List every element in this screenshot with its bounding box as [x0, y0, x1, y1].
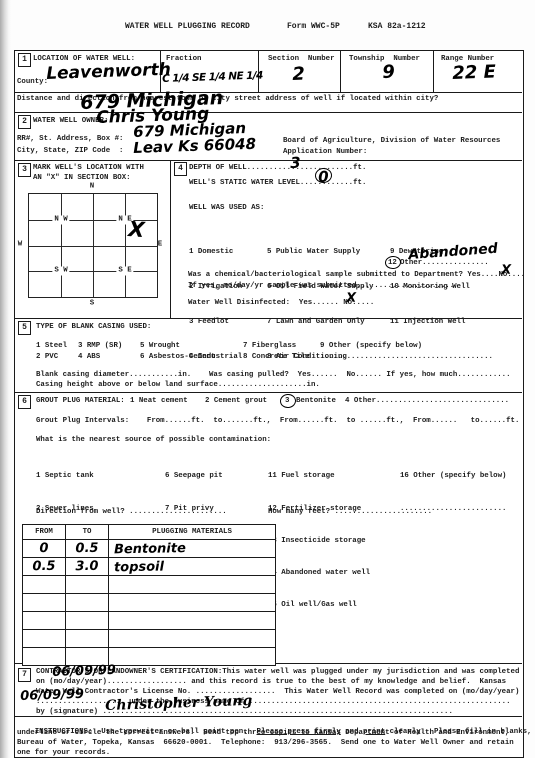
casing-option: 7 Fiberglass: [243, 342, 296, 351]
well-location-x-mark: X: [128, 219, 146, 241]
depth-of-well-label: DEPTH OF WELL........................ft.: [189, 164, 366, 173]
contamination-option: 1 Septic tank: [36, 471, 142, 482]
section3-title-line1: MARK WELL'S LOCATION WITH: [33, 164, 144, 173]
direction-from-well-label: Direction from well? ...................…: [36, 508, 227, 517]
use-option: 3 Feedlot: [189, 317, 242, 329]
contamination-option: 15 Oil well/Gas well: [268, 600, 370, 611]
disinfected-no-x-mark: X: [346, 292, 356, 305]
section3-title-line2: AN "X" IN SECTION BOX:: [33, 174, 131, 183]
to-cell: [66, 576, 109, 594]
section5-title: TYPE OF BLANK CASING USED:: [36, 323, 151, 332]
casing-option: 6 Asbestos-Cement: [140, 353, 215, 362]
from-cell: [23, 576, 66, 594]
to-cell: [66, 630, 109, 648]
use-option: 5 Public Water Supply: [267, 247, 373, 259]
use-option: 7 Lawn and Garden Only: [267, 317, 373, 329]
instructions-line4: one for your records.: [17, 749, 110, 758]
s1-col-divider: [340, 50, 341, 92]
to-cell: 0.5: [66, 540, 109, 558]
date-plugged-value: 06/09/99: [52, 664, 116, 679]
use-option: 1 Domestic: [189, 247, 242, 259]
city-state-zip-label: City, State, ZIP Code :: [17, 147, 123, 156]
certification-line3: Water Well Contractor's License No. ....…: [36, 688, 519, 697]
table-row-empty: [23, 594, 276, 612]
quadrant-nw-label: N W: [52, 215, 69, 224]
casing-option: 9 Other (specify below): [320, 342, 422, 351]
material-cell: Bentonite: [109, 540, 276, 558]
table-row-empty: [23, 648, 276, 666]
casing-option: 4 ABS: [78, 353, 100, 362]
material-cell: [109, 630, 276, 648]
section7-number: 7: [18, 668, 31, 682]
s3-s4-divider: [170, 160, 171, 318]
compass-south-label: S: [90, 300, 94, 309]
casing-option: 2 PVC: [36, 353, 58, 362]
casing-option: 3 RMP (SR): [78, 342, 122, 351]
agency-label: Board of Agriculture, Division of Water …: [283, 137, 500, 146]
casing-diameter-line: Blank casing diameter...........in. Was …: [36, 371, 511, 380]
address-label: RR#, St. Address, Box #:: [17, 135, 123, 144]
city-state-zip-value: Leav Ks 66048: [133, 137, 256, 156]
quadrant-sw-label: S W: [52, 267, 69, 276]
divider-s2-s3: [14, 160, 522, 161]
section5-number: 5: [18, 321, 31, 335]
sample-date-line: If yes, mo/day/yr sample was submitted..…: [188, 282, 454, 291]
instructions-line3: Bureau of Water, Topeka, Kansas 66620-00…: [17, 739, 514, 748]
grid-line: [29, 271, 157, 272]
table-header-row: FROM TO PLUGGING MATERIALS: [23, 525, 276, 540]
form-number: Form WWC-5P: [287, 22, 340, 31]
to-header: TO: [66, 525, 109, 540]
scan-edge-shadow: [0, 0, 11, 758]
grout-intervals-line: Grout Plug Intervals: From......ft. to..…: [36, 417, 519, 426]
section1-number: 1: [18, 53, 31, 67]
material-cell: topsoil: [109, 558, 276, 576]
s1-col-divider: [433, 50, 434, 92]
table-row-empty: [23, 576, 276, 594]
casing-option: 5 Wrought: [140, 342, 180, 351]
table-row-empty: [23, 612, 276, 630]
contamination-option: 11 Fuel storage: [268, 471, 370, 482]
contamination-option: 14 Abandoned water well: [268, 568, 370, 579]
material-cell: [109, 594, 276, 612]
contamination-option: 6 Seepage pit: [165, 471, 240, 482]
range-number-value: 22 E: [452, 63, 496, 83]
table-row-empty: [23, 630, 276, 648]
section-number-value: 2: [292, 66, 305, 84]
compass-north-label: N: [90, 183, 94, 192]
to-cell: [66, 594, 109, 612]
to-cell: 3.0: [66, 558, 109, 576]
from-header: FROM: [23, 525, 66, 540]
section4-number: 4: [174, 162, 187, 176]
depth-of-well-value: 3: [290, 156, 301, 171]
well-used-as-label: WELL WAS USED AS:: [189, 204, 264, 213]
contamination-option: 16 Other (specify below): [400, 471, 506, 482]
quadrant-se-label: S E: [116, 267, 133, 276]
statute-number: KSA 82a-1212: [368, 22, 426, 31]
grid-line: [29, 246, 157, 247]
table-row: 0 0.5 Bentonite: [23, 540, 276, 558]
static-water-level-label: WELL'S STATIC WATER LEVEL............ft.: [189, 179, 366, 188]
fraction-label: Fraction: [166, 55, 201, 64]
date-completed-value: 06/09/99: [20, 688, 84, 703]
plugging-materials-header: PLUGGING MATERIALS: [109, 525, 276, 540]
from-cell: [23, 648, 66, 666]
certification-line2: on (mo/day/year).................. and t…: [36, 678, 506, 687]
instructions-line2: underline or circle the correct answers.…: [17, 729, 509, 738]
material-cell: [109, 612, 276, 630]
to-cell: [66, 612, 109, 630]
county-field-value: Leavenworth: [46, 62, 171, 83]
grout-option-2: 2 Cement grout: [205, 397, 267, 406]
casing-option: 1 Steel: [36, 342, 67, 351]
section3-number: 3: [18, 163, 31, 177]
certification-line5: by (signature) .........................…: [36, 708, 453, 717]
casing-other-dots: .......................................: [320, 353, 493, 362]
grout-option-1: 1 Neat cement: [130, 397, 188, 406]
sample-no-x-mark: X: [501, 264, 511, 277]
section2-number: 2: [18, 115, 31, 129]
county-label: County:: [17, 78, 48, 87]
contamination-list-col4: 16 Other (specify below) ...............…: [400, 450, 506, 536]
table-row: 0.5 3.0 topsoil: [23, 558, 276, 576]
water-well-plugging-record-form: WATER WELL PLUGGING RECORD Form WWC-5P K…: [0, 0, 535, 758]
township-number-value: 9: [382, 64, 395, 82]
from-cell: 0.5: [23, 558, 66, 576]
contamination-question: What is the nearest source of possible c…: [36, 436, 271, 445]
how-many-feet-label: How many feet? ......................: [268, 508, 432, 517]
page-title: WATER WELL PLUGGING RECORD: [125, 22, 250, 31]
grout-option-3-label: Bentonite: [296, 397, 336, 406]
grout-option-4: 4 Other..............................: [345, 397, 509, 406]
section-location-grid: N W N E S W S E X: [28, 193, 158, 298]
from-cell: 0: [23, 540, 66, 558]
casing-option: 8 Concrete Tile: [243, 353, 310, 362]
casing-height-line: Casing height above or below land surfac…: [36, 381, 320, 390]
section6-number: 6: [18, 395, 31, 409]
material-cell: [109, 648, 276, 666]
sample-submitted-question: Was a chemical/bacteriological sample su…: [188, 271, 525, 280]
divider-s5-s6: [14, 392, 522, 393]
plugging-intervals-table: FROM TO PLUGGING MATERIALS 0 0.5 Bentoni…: [22, 524, 276, 666]
contamination-list-col3: 11 Fuel storage 12 Fertilizer storage 13…: [268, 450, 370, 632]
from-cell: [23, 594, 66, 612]
section6-title: GROUT PLUG MATERIAL:: [36, 397, 125, 406]
compass-west-label: W: [18, 241, 22, 250]
material-cell: [109, 576, 276, 594]
from-cell: [23, 612, 66, 630]
use-option: 11 Injection Well: [390, 317, 470, 329]
contamination-option: 13 Insecticide storage: [268, 536, 370, 547]
compass-east-label: E: [158, 241, 162, 250]
from-cell: [23, 630, 66, 648]
